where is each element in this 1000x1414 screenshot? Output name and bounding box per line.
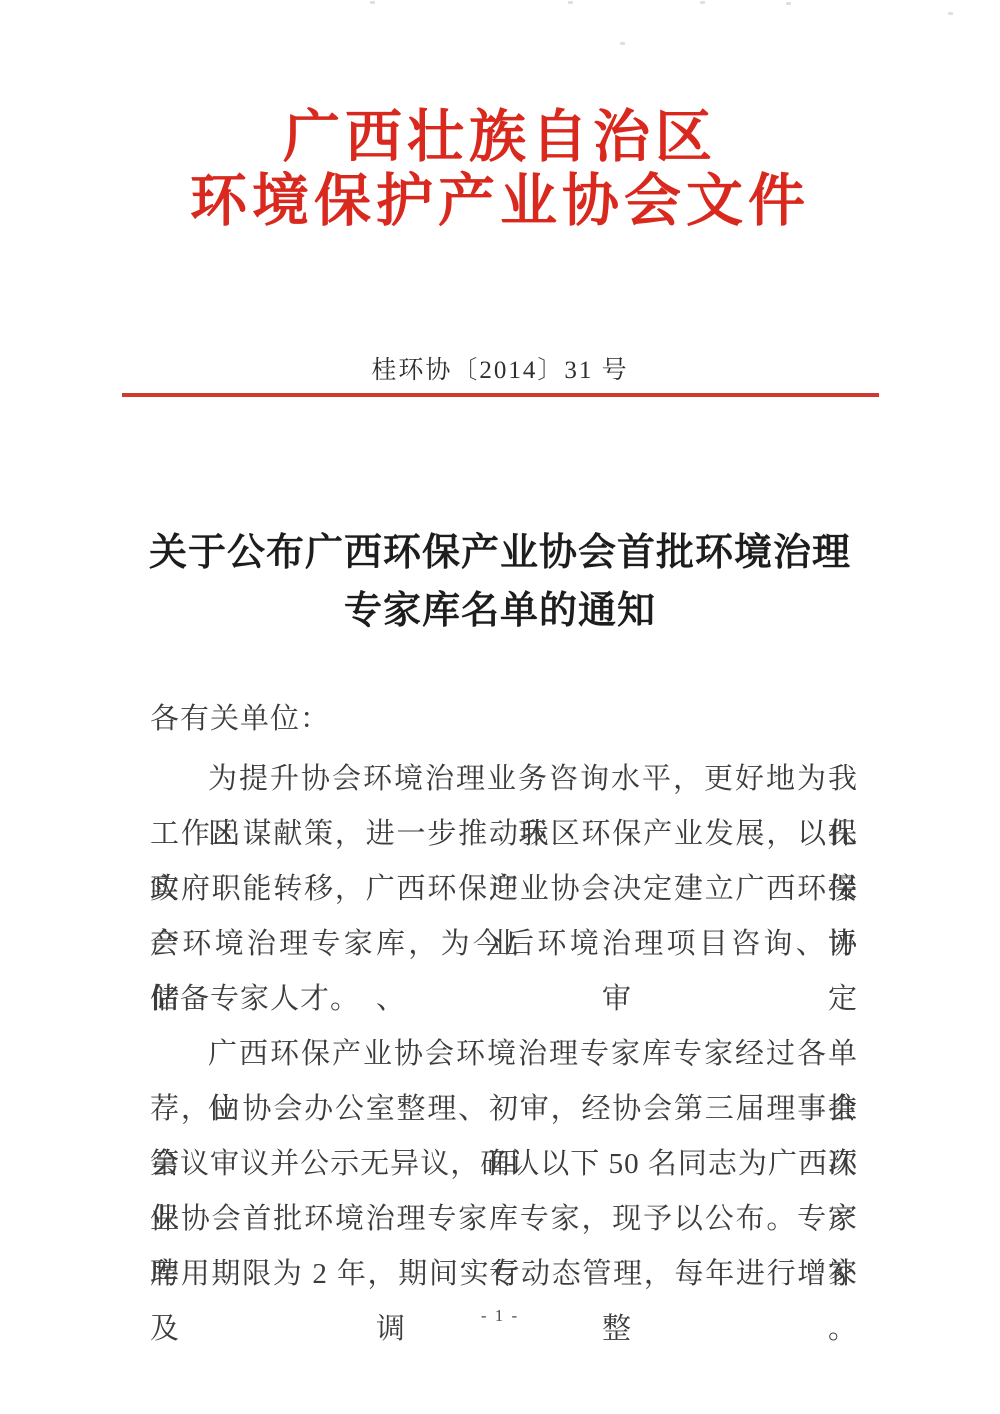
salutation: 各有关单位： xyxy=(150,692,858,747)
body-line: 工作出谋献策，进一步推动我区环保产业发展，以扎实迎接 xyxy=(150,807,858,862)
red-divider-line xyxy=(122,393,879,397)
body-line: 会议审议并公示无异议，确认以下 50 名同志为广西环保产 xyxy=(150,1137,858,1192)
document-title-line2: 专家库名单的通知 xyxy=(0,582,1000,640)
body-line: 荐，由协会办公室整理、初审，经协会第三届理事会第四次 xyxy=(150,1082,858,1137)
document-title-line1: 关于公布广西环保产业协会首批环境治理 xyxy=(0,524,1000,582)
body-line: 聘用期限为 2 年，期间实行动态管理，每年进行增补及调整。 xyxy=(150,1247,858,1302)
body-line: 政府职能转移，广西环保产业协会决定建立广西环保产业协 xyxy=(150,862,858,917)
scan-artifact xyxy=(568,1,573,4)
scan-artifact xyxy=(370,1,375,4)
scan-artifact xyxy=(700,1,705,4)
letterhead: 广西壮族自治区 环境保护产业协会文件 xyxy=(0,106,1000,234)
document-page: 广西壮族自治区 环境保护产业协会文件 桂环协〔2014〕31 号 关于公布广西环… xyxy=(0,0,1000,1414)
letterhead-org-line: 环境保护产业协会文件 xyxy=(0,170,1000,234)
document-body: 各有关单位： 为提升协会环境治理业务咨询水平，更好地为我区环保 工作出谋献策，进… xyxy=(150,692,858,1302)
document-number: 桂环协〔2014〕31 号 xyxy=(0,350,1000,386)
body-line: 广西环保产业协会环境治理专家库专家经过各单位推 xyxy=(150,1027,858,1082)
scan-artifact xyxy=(948,12,953,15)
body-line: 会环境治理专家库，为今后环境治理项目咨询、评估、审定 xyxy=(150,917,858,972)
body-line: 为提升协会环境治理业务咨询水平，更好地为我区环保 xyxy=(150,752,858,807)
letterhead-region-line: 广西壮族自治区 xyxy=(0,106,1000,170)
document-title: 关于公布广西环保产业协会首批环境治理 专家库名单的通知 xyxy=(0,524,1000,640)
page-number: - 1 - xyxy=(0,1306,1000,1326)
scan-artifact xyxy=(786,2,791,5)
body-line: 业协会首批环境治理专家库专家，现予以公布。专家库专家 xyxy=(150,1192,858,1247)
scan-artifact xyxy=(620,42,625,45)
